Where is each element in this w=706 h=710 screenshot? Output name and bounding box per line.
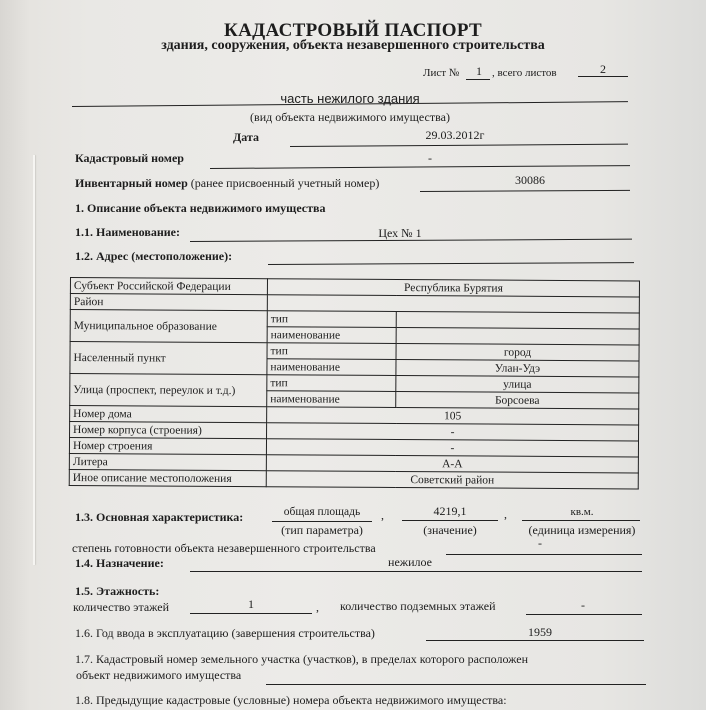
total-sheets-label: , всего листов xyxy=(492,67,557,79)
inventory-number-value: 30086 xyxy=(480,173,580,188)
characteristic-value-caption: (значение) xyxy=(402,523,498,538)
other-description-label: Иное описание местоположения xyxy=(69,469,266,486)
date-label: Дата xyxy=(233,130,259,145)
subject-label: Субъект Российской Федерации xyxy=(70,278,267,295)
name-line xyxy=(190,239,632,242)
readiness-label: степень готовности объекта незавершенног… xyxy=(72,541,376,556)
settlement-label: Населенный пункт xyxy=(70,342,267,375)
total-sheets: 2 xyxy=(580,62,626,77)
litera-label: Литера xyxy=(69,453,266,470)
address-line xyxy=(268,262,634,265)
date-value: 29.03.2012г xyxy=(380,128,530,143)
municipality-name-label: наименование xyxy=(267,327,396,344)
table-row: Муниципальное образование тип xyxy=(70,310,639,329)
paper-fold xyxy=(33,155,35,565)
table-row: Иное описание местоположения Советский р… xyxy=(69,469,638,488)
unit-value: кв.м. xyxy=(522,506,642,518)
characteristic-label: 1.3. Основная характеристика: xyxy=(75,510,243,525)
date-line xyxy=(290,144,628,147)
comma-3: , xyxy=(316,600,319,615)
municipality-type-value xyxy=(396,311,639,328)
param-type-value: общая площадь xyxy=(272,506,372,518)
inventory-number-line xyxy=(420,190,630,192)
purpose-label: 1.4. Назначение: xyxy=(75,556,164,571)
building-label: Номер корпуса (строения) xyxy=(70,422,267,439)
readiness-value: - xyxy=(520,536,560,551)
underground-line xyxy=(526,614,642,615)
street-type-value: улица xyxy=(396,375,639,392)
total-sheets-line xyxy=(578,76,628,77)
purpose-line xyxy=(190,571,642,572)
inventory-number-label: Инвентарный номер (ранее присвоенный уче… xyxy=(75,176,379,191)
purpose-value: нежилое xyxy=(370,555,450,570)
structure-label: Номер строения xyxy=(69,438,266,455)
characteristic-value: 4219,1 xyxy=(402,504,498,519)
land-plot-line xyxy=(266,684,646,685)
cadastral-number-value: - xyxy=(400,151,460,166)
street-name-label: наименование xyxy=(267,391,396,408)
characteristic-value-line xyxy=(402,520,498,521)
land-plot-label-1: 1.7. Кадастровый номер земельного участк… xyxy=(75,652,528,667)
floors-heading: 1.5. Этажность: xyxy=(75,584,159,599)
land-plot-label-2: объект недвижимого имущества xyxy=(76,668,241,683)
street-type-label: тип xyxy=(267,375,396,392)
year-value: 1959 xyxy=(490,625,590,640)
document-subtitle: здания, сооружения, объекта незавершенно… xyxy=(0,38,706,54)
previous-numbers-label: 1.8. Предыдущие кадастровые (условные) н… xyxy=(75,693,507,708)
address-table: Субъект Российской Федерации Республика … xyxy=(69,277,640,489)
name-label: 1.1. Наименование: xyxy=(75,225,180,240)
inventory-number-note: (ранее присвоенный учетный номер) xyxy=(191,176,380,190)
unit-line xyxy=(522,520,640,521)
street-label: Улица (проспект, переулок и т.д.) xyxy=(70,374,267,407)
street-name-value: Борсоева xyxy=(396,391,639,408)
cadastral-number-label: Кадастровый номер xyxy=(75,151,184,166)
sheet-label: Лист № xyxy=(423,67,459,79)
address-label: 1.2. Адрес (местоположение): xyxy=(75,249,232,264)
sheet-number: 1 xyxy=(466,64,492,79)
floors-count-line xyxy=(190,613,312,614)
settlement-name-value: Улан-Удэ xyxy=(396,359,639,376)
municipality-type-label: тип xyxy=(267,311,396,328)
district-label: Район xyxy=(70,294,267,311)
year-line xyxy=(426,640,644,641)
cadastral-number-line xyxy=(210,165,630,169)
settlement-name-label: наименование xyxy=(267,359,396,376)
other-description-value: Советский район xyxy=(266,471,638,489)
settlement-type-label: тип xyxy=(267,343,396,360)
house-label: Номер дома xyxy=(70,406,267,423)
settlement-type-value: город xyxy=(396,343,639,360)
comma-1: , xyxy=(381,508,384,523)
object-kind-caption: (вид объекта недвижимого имущества) xyxy=(230,110,470,125)
readiness-line xyxy=(446,554,642,555)
municipality-name-value xyxy=(396,327,639,344)
table-row: Населенный пункт тип город xyxy=(70,342,639,361)
municipality-label: Муниципальное образование xyxy=(70,310,267,343)
sheet-number-line xyxy=(466,79,490,80)
param-type-caption: (тип параметра) xyxy=(272,523,372,538)
underground-value: - xyxy=(528,598,638,613)
table-row: Улица (проспект, переулок и т.д.) тип ул… xyxy=(70,374,639,393)
param-type-line xyxy=(272,521,372,522)
floors-count-value: 1 xyxy=(190,597,312,612)
floors-count-label: количество этажей xyxy=(73,600,169,615)
section1-heading: 1. Описание объекта недвижимого имуществ… xyxy=(75,201,326,216)
comma-2: , xyxy=(504,507,507,522)
year-label: 1.6. Год ввода в эксплуатацию (завершени… xyxy=(75,626,375,641)
underground-label: количество подземных этажей xyxy=(340,599,496,614)
inventory-number-label-bold: Инвентарный номер xyxy=(75,176,188,190)
